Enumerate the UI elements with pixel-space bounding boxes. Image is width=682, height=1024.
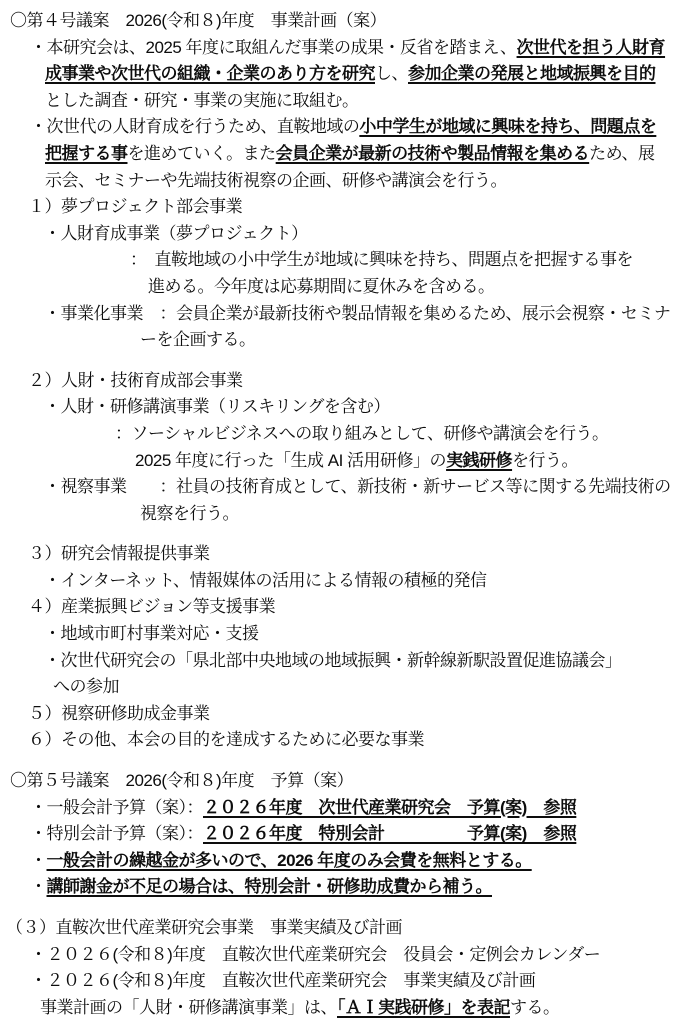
doc-line: 視察を行う。: [0, 501, 682, 528]
doc-line: ・地域市町村事業対応・支援: [0, 621, 682, 648]
emphasized-text: 把握する事: [45, 144, 128, 163]
document-page: 〇第４号議案 2026(令和８)年度 事業計画（案）・本研究会は、2025 年度…: [0, 0, 682, 1024]
text-segment: ・地域市町村事業対応・支援: [44, 624, 259, 643]
text-segment: ・人財育成事業（夢プロジェクト）: [44, 224, 308, 243]
emphasized-text: 参加企業の発展と地域振興を目的: [408, 64, 656, 83]
text-segment: ・次世代研究会の「県北部中央地域の地域振興・新幹線新駅設置促進協議会」: [44, 651, 622, 670]
doc-line: への参加: [0, 674, 682, 701]
doc-line: ・一般会計予算（案）：２０２６年度 次世代産業研究会 予算(案) 参照: [0, 795, 682, 822]
text-segment: ・本研究会は、2025 年度に取組んだ事業の成果・反省を踏まえ、: [30, 38, 517, 57]
doc-line: ・講師謝金が不足の場合は、特別会計・研修助成費から補う。: [0, 874, 682, 901]
text-segment: を行う。: [512, 451, 578, 470]
text-segment: ：ソーシャルビジネスへの取り組みとして、研修や講演会を行う。: [115, 424, 608, 443]
doc-line: ーを企画する。: [0, 327, 682, 354]
doc-line: ：ソーシャルビジネスへの取り組みとして、研修や講演会を行う。: [0, 421, 682, 448]
doc-line: ： 直鞍地域の小中学生が地域に興味を持ち、問題点を把握する事を: [0, 247, 682, 274]
blank-line: [0, 901, 682, 915]
doc-line: ・視察事業 ：社員の技術育成として、新技術・新サービス等に関する先端技術の: [0, 474, 682, 501]
doc-line: ・２０２６(令和８)年度 直鞍次世代産業研究会 役員会・定例会カレンダー: [0, 942, 682, 969]
doc-line: ・事業化事業 ：会員企業が最新技術や製品情報を集めるため、展示会視察・セミナ: [0, 301, 682, 328]
text-segment: 事業計画の「人財・研修講演事業」は、: [40, 998, 337, 1017]
text-segment: （３）直鞍次世代産業研究会事業 事業実績及び計画: [6, 918, 402, 937]
text-segment: 視察を行う。: [140, 504, 239, 523]
text-segment: ５）視察研修助成金事業: [28, 704, 210, 723]
text-segment: ・事業化事業 ：会員企業が最新技術や製品情報を集めるため、展示会視察・セミナ: [44, 304, 670, 323]
text-segment: ： 直鞍地域の小中学生が地域に興味を持ち、問題点を把握する事を: [130, 250, 633, 269]
doc-line: 2025 年度に行った「生成 AI 活用研修」の実銭研修を行う。: [0, 448, 682, 475]
doc-line: とした調査・研究・事業の実施に取組む。: [0, 88, 682, 115]
text-segment: ・: [30, 877, 47, 896]
text-segment: ーを企画する。: [140, 330, 256, 349]
text-segment: 〇第５号議案 2026(令和８)年度 予算（案）: [10, 771, 353, 790]
section-6-heading: ６）その他、本会の目的を達成するために必要な事業: [0, 727, 682, 754]
text-segment: ・インターネット、情報媒体の活用による情報の積極的発信: [44, 571, 486, 590]
agenda-4-heading: 〇第４号議案 2026(令和８)年度 事業計画（案）: [0, 8, 682, 35]
doc-line: 成事業や次世代の組織・企業のあり方を研究し、参加企業の発展と地域振興を目的: [0, 61, 682, 88]
text-segment: し、: [375, 64, 408, 83]
doc-line: ・次世代研究会の「県北部中央地域の地域振興・新幹線新駅設置促進協議会」: [0, 648, 682, 675]
text-segment: する。: [510, 998, 560, 1017]
emphasized-text: 成事業や次世代の組織・企業のあり方を研究: [45, 64, 375, 83]
blank-line: [0, 527, 682, 541]
text-segment: を進めていく。また: [128, 144, 276, 163]
section-3-heading: ３）研究会情報提供事業: [0, 541, 682, 568]
doc-line: ・インターネット、情報媒体の活用による情報の積極的発信: [0, 568, 682, 595]
text-segment: ６）その他、本会の目的を達成するために必要な事業: [28, 730, 424, 749]
doc-line: 把握する事を進めていく。また会員企業が最新の技術や製品情報を集めるため、展: [0, 141, 682, 168]
text-segment: ・一般会計予算（案）：: [30, 798, 203, 817]
text-segment: ・２０２６(令和８)年度 直鞍次世代産業研究会 役員会・定例会カレンダー: [30, 945, 600, 964]
blank-line: [0, 354, 682, 368]
blank-line: [0, 754, 682, 768]
text-segment: ２）人財・技術育成部会事業: [28, 371, 243, 390]
text-segment: ・人財・研修講演事業（リスキリングを含む）: [44, 397, 390, 416]
text-segment: ため、展: [589, 144, 654, 163]
section-4-heading: ４）産業振興ビジョン等支援事業: [0, 594, 682, 621]
text-segment: ３）研究会情報提供事業: [28, 544, 210, 563]
section-5-heading: ５）視察研修助成金事業: [0, 701, 682, 728]
doc-line: ・２０２６(令和８)年度 直鞍次世代産業研究会 事業実績及び計画: [0, 968, 682, 995]
emphasized-text: 一般会計の繰越金が多いので、2026 年度のみ会費を無料とする。: [47, 851, 532, 870]
emphasized-text: 次世代を担う人財育: [517, 38, 666, 57]
doc-line: ・次世代の人財育成を行うため、直鞍地域の小中学生が地域に興味を持ち、問題点を: [0, 114, 682, 141]
text-segment: 進める。今年度は応募期間に夏休みを含める。: [148, 277, 495, 296]
text-segment: 示会、セミナーや先端技術視察の企画、研修や講演会を行う。: [45, 171, 507, 190]
section-2-heading: ２）人財・技術育成部会事業: [0, 368, 682, 395]
text-segment: ・視察事業 ：社員の技術育成として、新技術・新サービス等に関する先端技術の: [44, 477, 671, 496]
emphasized-text: 実銭研修: [446, 451, 512, 470]
text-segment: ・特別会計予算（案）：: [30, 824, 203, 843]
doc-line: 進める。今年度は応募期間に夏休みを含める。: [0, 274, 682, 301]
doc-line: 示会、セミナーや先端技術視察の企画、研修や講演会を行う。: [0, 168, 682, 195]
doc-line: ・特別会計予算（案）：２０２６年度 特別会計 予算(案) 参照: [0, 821, 682, 848]
emphasized-text: 講師謝金が不足の場合は、特別会計・研修助成費から補う。: [47, 877, 493, 896]
doc-line: 事業計画の「人財・研修講演事業」は、「ＡＩ実践研修」を表記する。: [0, 995, 682, 1022]
section-1-heading: １）夢プロジェクト部会事業: [0, 194, 682, 221]
text-segment: 2025 年度に行った「生成 AI 活用研修」の: [135, 451, 446, 470]
doc-line: ・本研究会は、2025 年度に取組んだ事業の成果・反省を踏まえ、次世代を担う人財…: [0, 35, 682, 62]
agenda-5-heading: 〇第５号議案 2026(令和８)年度 予算（案）: [0, 768, 682, 795]
emphasized-text: ２０２６年度 特別会計 予算(案) 参照: [203, 824, 576, 843]
doc-line: ・一般会計の繰越金が多いので、2026 年度のみ会費を無料とする。: [0, 848, 682, 875]
emphasized-text: 「ＡＩ実践研修」を表記: [337, 998, 510, 1017]
text-segment: 〇第４号議案 2026(令和８)年度 事業計画（案）: [10, 11, 386, 30]
text-segment: への参加: [53, 677, 119, 696]
text-segment: ・次世代の人財育成を行うため、直鞍地域の: [30, 117, 359, 136]
emphasized-text: ２０２６年度 次世代産業研究会 予算(案) 参照: [203, 798, 576, 817]
section-paren3-heading: （３）直鞍次世代産業研究会事業 事業実績及び計画: [0, 915, 682, 942]
text-segment: ・: [30, 851, 47, 870]
text-segment: ４）産業振興ビジョン等支援事業: [28, 597, 275, 616]
doc-line: ・人財・研修講演事業（リスキリングを含む）: [0, 394, 682, 421]
text-segment: とした調査・研究・事業の実施に取組む。: [45, 91, 359, 110]
emphasized-text: 小中学生が地域に興味を持ち、問題点を: [359, 117, 656, 136]
emphasized-text: 会員企業が最新の技術や製品情報を集める: [276, 144, 590, 163]
text-segment: ・２０２６(令和８)年度 直鞍次世代産業研究会 事業実績及び計画: [30, 971, 535, 990]
doc-line: ・人財育成事業（夢プロジェクト）: [0, 221, 682, 248]
text-segment: １）夢プロジェクト部会事業: [28, 197, 242, 216]
